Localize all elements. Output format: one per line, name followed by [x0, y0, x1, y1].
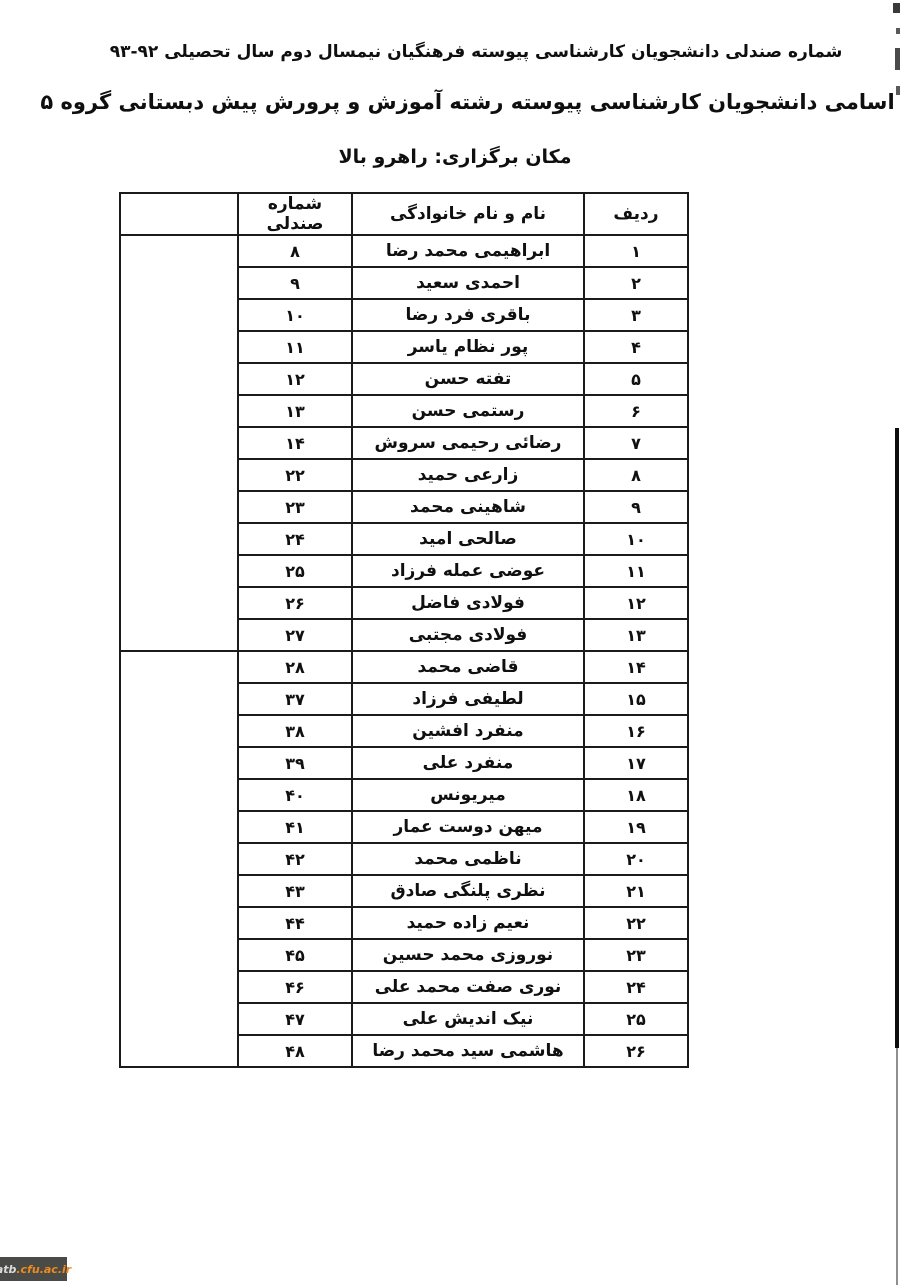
row-number-cell: ۷ [584, 427, 688, 459]
scan-artifact-line [895, 428, 899, 1048]
student-name-cell: میهن دوست عمار [352, 811, 584, 843]
seat-number-cell: ۴۴ [238, 907, 352, 939]
row-number-cell: ۲۲ [584, 907, 688, 939]
row-number-cell: ۱۳ [584, 619, 688, 651]
row-number-cell: ۱۷ [584, 747, 688, 779]
row-number-cell: ۴ [584, 331, 688, 363]
seat-number-cell: ۹ [238, 267, 352, 299]
row-number-cell: ۲۳ [584, 939, 688, 971]
seat-number-cell: ۲۲ [238, 459, 352, 491]
row-number-cell: ۱ [584, 235, 688, 267]
empty-notes-cell [120, 651, 238, 1067]
student-name-cell: لطیفی فرزاد [352, 683, 584, 715]
group-title: اسامی دانشجویان کارشناسی پیوسته رشته آمو… [35, 90, 900, 114]
seat-number-cell: ۲۳ [238, 491, 352, 523]
student-name-cell: میریونس [352, 779, 584, 811]
seat-number-cell: ۴۰ [238, 779, 352, 811]
student-name-cell: منفرد افشین [352, 715, 584, 747]
row-number-cell: ۲۵ [584, 1003, 688, 1035]
student-name-cell: فولادی مجتبی [352, 619, 584, 651]
table-row: ۲۸قاضی محمد۱۴ [120, 651, 688, 683]
row-number-cell: ۱۴ [584, 651, 688, 683]
seat-number-cell: ۴۷ [238, 1003, 352, 1035]
row-number-cell: ۶ [584, 395, 688, 427]
header-full-name: نام و نام خانوادگی [352, 193, 584, 235]
seat-number-cell: ۴۸ [238, 1035, 352, 1067]
watermark-bar: atb.cfu.ac.ir [0, 1257, 67, 1281]
student-name-cell: پور نظام یاسر [352, 331, 584, 363]
seat-number-cell: ۲۷ [238, 619, 352, 651]
seat-number-cell: ۴۳ [238, 875, 352, 907]
seat-number-cell: ۲۶ [238, 587, 352, 619]
watermark-suffix: .cfu.ac.ir [16, 1263, 71, 1276]
roster-table-body: ۸ابراهیمی محمد رضا۱۹احمدی سعید۲۱۰باقری ف… [120, 235, 688, 1067]
empty-notes-cell [120, 235, 238, 651]
seat-number-cell: ۴۶ [238, 971, 352, 1003]
row-number-cell: ۱۱ [584, 555, 688, 587]
scan-artifact-mark [896, 28, 900, 34]
student-name-cell: قاضی محمد [352, 651, 584, 683]
seat-number-cell: ۴۵ [238, 939, 352, 971]
seat-number-cell: ۸ [238, 235, 352, 267]
row-number-cell: ۲۴ [584, 971, 688, 1003]
row-number-cell: ۱۸ [584, 779, 688, 811]
seat-number-cell: ۱۲ [238, 363, 352, 395]
student-name-cell: تفته حسن [352, 363, 584, 395]
row-number-cell: ۹ [584, 491, 688, 523]
student-name-cell: باقری فرد رضا [352, 299, 584, 331]
seat-number-cell: ۱۱ [238, 331, 352, 363]
student-name-cell: ناظمی محمد [352, 843, 584, 875]
row-number-cell: ۱۶ [584, 715, 688, 747]
student-name-cell: فولادی فاضل [352, 587, 584, 619]
student-name-cell: نوروزی محمد حسین [352, 939, 584, 971]
row-number-cell: ۱۵ [584, 683, 688, 715]
seat-number-cell: ۲۵ [238, 555, 352, 587]
row-number-cell: ۲ [584, 267, 688, 299]
roster-table: شماره صندلی نام و نام خانوادگی ردیف ۸ابر… [119, 192, 689, 1068]
roster-table-header: شماره صندلی نام و نام خانوادگی ردیف [120, 193, 688, 235]
header-row-number: ردیف [584, 193, 688, 235]
seat-number-cell: ۴۱ [238, 811, 352, 843]
student-name-cell: نظری پلنگی صادق [352, 875, 584, 907]
row-number-cell: ۲۱ [584, 875, 688, 907]
student-name-cell: صالحی امید [352, 523, 584, 555]
seat-number-cell: ۳۹ [238, 747, 352, 779]
student-name-cell: احمدی سعید [352, 267, 584, 299]
student-name-cell: نیک اندیش علی [352, 1003, 584, 1035]
student-name-cell: زارعی حمید [352, 459, 584, 491]
seat-number-cell: ۱۰ [238, 299, 352, 331]
scan-artifact-mark [893, 3, 900, 13]
row-number-cell: ۱۲ [584, 587, 688, 619]
table-row: ۸ابراهیمی محمد رضا۱ [120, 235, 688, 267]
row-number-cell: ۸ [584, 459, 688, 491]
student-name-cell: رضائی رحیمی سروش [352, 427, 584, 459]
student-name-cell: رستمی حسن [352, 395, 584, 427]
seat-number-cell: ۲۴ [238, 523, 352, 555]
row-number-cell: ۲۶ [584, 1035, 688, 1067]
seat-number-cell: ۴۲ [238, 843, 352, 875]
student-name-cell: نعیم زاده حمید [352, 907, 584, 939]
row-number-cell: ۲۰ [584, 843, 688, 875]
header-row: شماره صندلی نام و نام خانوادگی ردیف [120, 193, 688, 235]
seat-number-cell: ۱۳ [238, 395, 352, 427]
seat-number-cell: ۱۴ [238, 427, 352, 459]
student-name-cell: هاشمی سید محمد رضا [352, 1035, 584, 1067]
watermark-prefix: atb [0, 1263, 16, 1276]
row-number-cell: ۵ [584, 363, 688, 395]
seat-number-cell: ۳۷ [238, 683, 352, 715]
page-title: شماره صندلی دانشجویان کارشناسی پیوسته فر… [52, 42, 900, 62]
header-extra-cell [120, 193, 238, 235]
scan-artifact-line-faint [896, 1048, 898, 1285]
row-number-cell: ۱۰ [584, 523, 688, 555]
scan-artifact-mark [895, 48, 900, 70]
location-title: مکان برگزاری: راهرو بالا [10, 146, 900, 168]
student-name-cell: نوری صفت محمد علی [352, 971, 584, 1003]
seat-number-cell: ۲۸ [238, 651, 352, 683]
header-seat-number: شماره صندلی [238, 193, 352, 235]
student-name-cell: ابراهیمی محمد رضا [352, 235, 584, 267]
row-number-cell: ۳ [584, 299, 688, 331]
row-number-cell: ۱۹ [584, 811, 688, 843]
scan-artifact-mark [896, 86, 900, 95]
student-name-cell: عوضی عمله فرزاد [352, 555, 584, 587]
student-name-cell: منفرد علی [352, 747, 584, 779]
student-name-cell: شاهینی محمد [352, 491, 584, 523]
seat-number-cell: ۳۸ [238, 715, 352, 747]
